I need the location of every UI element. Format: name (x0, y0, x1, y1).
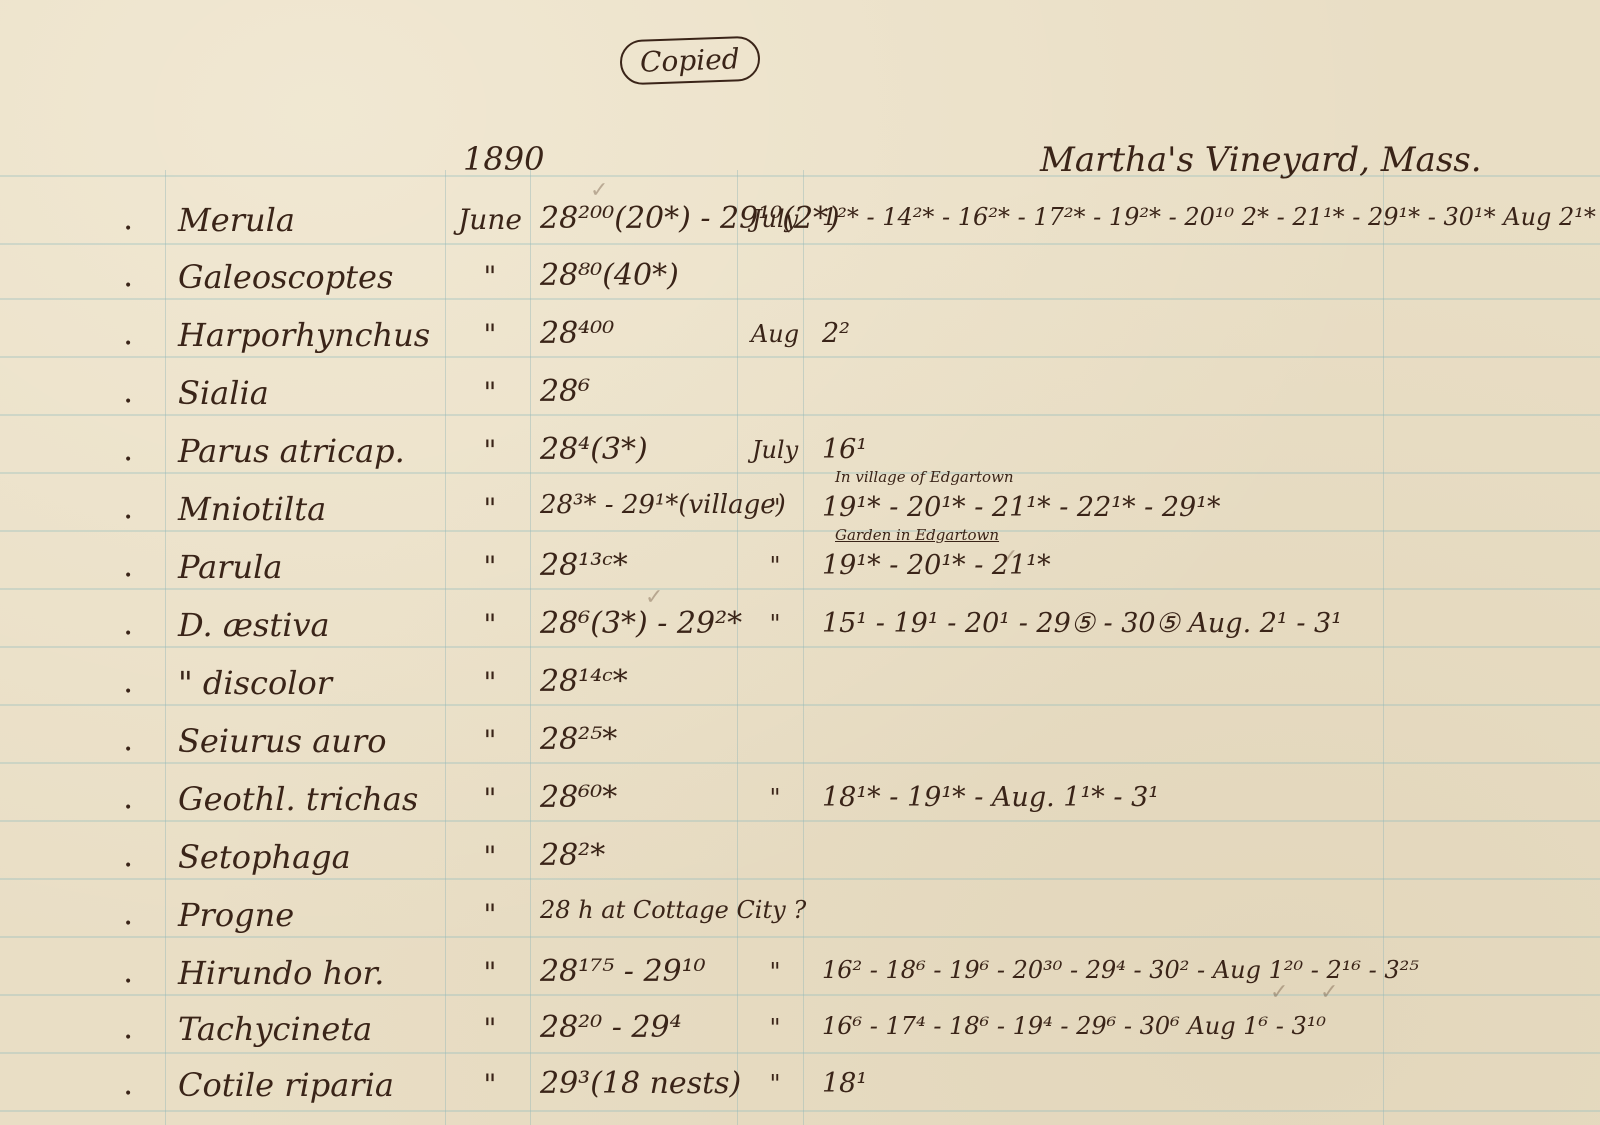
month-first: " (455, 318, 525, 351)
month-first: " (455, 724, 525, 757)
month-later: " (745, 610, 805, 638)
month-later: " (745, 784, 805, 812)
species-name: Hirundo hor. (178, 954, 384, 992)
ledger-row: • Sialia " 28⁶ (0, 368, 1600, 426)
bullet-dot: • (124, 221, 132, 237)
species-name: " discolor (178, 664, 332, 702)
bullet-dot: • (124, 278, 132, 294)
month-later: Aug (745, 320, 805, 348)
pencil-check-mark: ✓ (1320, 980, 1338, 1005)
observations-later: 16⁶ - 17⁴ - 18⁶ - 19⁴ - 29⁶ - 30⁶ Aug 1⁶… (822, 1012, 1326, 1040)
observations-first: 28¹⁷⁵ - 29¹⁰ (540, 954, 706, 989)
observations-first: 28⁸⁰(40*) (540, 258, 679, 293)
ledger-row: • Harporhynchus " 28⁴⁰⁰ Aug 2² (0, 310, 1600, 368)
ledger-row: • Mniotilta " 28³* - 29¹*(village) " In … (0, 484, 1600, 542)
bullet-dot: • (124, 684, 132, 700)
month-first: " (455, 434, 525, 467)
species-name: Cotile riparia (178, 1066, 394, 1104)
ledger-row: • Merula June 28²⁰⁰(20*) - 29¹⁰(2*) July… (0, 195, 1600, 253)
month-later: " (745, 958, 805, 986)
observations-later: 19¹* - 20¹* - 21¹* - 22¹* - 29¹* (822, 492, 1221, 523)
month-first: " (455, 840, 525, 873)
species-name: Harporhynchus (178, 316, 430, 354)
species-name: Setophaga (178, 838, 351, 876)
bullet-dot: • (124, 800, 132, 816)
species-name: D. æstiva (178, 606, 330, 644)
margin-note: Garden in Edgartown (835, 526, 999, 544)
bullet-dot: • (124, 742, 132, 758)
ledger-row: • Cotile riparia " 29³(18 nests) " 18¹ (0, 1060, 1600, 1118)
ledger-row: • Parula " 28¹³ᶜ* " Garden in Edgartown … (0, 542, 1600, 600)
observations-first: 28⁴(3*) (540, 432, 648, 467)
bullet-dot: • (124, 916, 132, 932)
month-later: " (745, 1014, 805, 1042)
observations-later: 1²* - 14²* - 16²* - 17²* - 19²* - 20¹⁰ 2… (822, 203, 1600, 231)
month-first: " (455, 782, 525, 815)
bullet-dot: • (124, 626, 132, 642)
month-later: July (745, 205, 805, 233)
month-later: July (745, 436, 805, 464)
species-name: Progne (178, 896, 294, 934)
bullet-dot: • (124, 858, 132, 874)
month-later: " (745, 552, 805, 580)
month-first: " (455, 898, 525, 931)
year-heading: 1890 (463, 140, 544, 178)
ledger-row: • Seiurus auro " 28²⁵* (0, 716, 1600, 774)
species-name: Seiurus auro (178, 722, 386, 760)
bullet-dot: • (124, 452, 132, 468)
observations-first: 28⁶⁰* (540, 780, 617, 815)
observations-later: 15¹ - 19¹ - 20¹ - 29⑤ - 30⑤ Aug. 2¹ - 3¹ (822, 608, 1342, 639)
month-first: " (455, 1068, 525, 1101)
month-first: June (455, 203, 525, 236)
observations-first: 28²* (540, 838, 605, 873)
ledger-row: • Hirundo hor. " 28¹⁷⁵ - 29¹⁰ " 16² - 18… (0, 948, 1600, 1006)
observations-later: 18¹ (822, 1068, 867, 1099)
margin-note: In village of Edgartown (835, 468, 1014, 486)
species-name: Mniotilta (178, 490, 326, 528)
month-first: " (455, 1012, 525, 1045)
month-first: " (455, 608, 525, 641)
observations-first: 28⁶(3*) - 29²* (540, 606, 742, 641)
bullet-dot: • (124, 568, 132, 584)
pencil-check-mark: ✓ (590, 178, 608, 203)
month-first: " (455, 956, 525, 989)
month-first: " (455, 492, 525, 525)
pencil-check-mark: ✓ (1000, 545, 1018, 570)
bullet-dot: • (124, 1086, 132, 1102)
pencil-check-mark: ✓ (1270, 980, 1288, 1005)
month-first: " (455, 550, 525, 583)
copied-stamp: Copied (619, 36, 760, 86)
ledger-page: Copied 1890 Martha's Vineyard, Mass. • M… (0, 0, 1600, 1125)
bullet-dot: • (124, 394, 132, 410)
month-first: " (455, 376, 525, 409)
month-later: " (745, 1070, 805, 1098)
observations-later: 18¹* - 19¹* - Aug. 1¹* - 3¹ (822, 782, 1159, 813)
ledger-row: • D. æstiva " 28⁶(3*) - 29²* " 15¹ - 19¹… (0, 600, 1600, 658)
ledger-row: • Tachycineta " 28²⁰ - 29⁴ " 16⁶ - 17⁴ -… (0, 1004, 1600, 1062)
observations-first: 28¹³ᶜ* (540, 548, 628, 583)
observations-first: 29³(18 nests) (540, 1066, 741, 1101)
species-name: Galeoscoptes (178, 258, 393, 296)
ledger-row: • Galeoscoptes " 28⁸⁰(40*) (0, 252, 1600, 310)
ledger-row: • Geothl. trichas " 28⁶⁰* " 18¹* - 19¹* … (0, 774, 1600, 832)
species-name: Merula (178, 201, 295, 239)
ledger-row: • Setophaga " 28²* (0, 832, 1600, 890)
bullet-dot: • (124, 1030, 132, 1046)
observations-first: 28⁴⁰⁰ (540, 316, 614, 351)
species-name: Sialia (178, 374, 269, 412)
observations-first: 28²⁰ - 29⁴ (540, 1010, 682, 1045)
species-name: Tachycineta (178, 1010, 372, 1048)
month-first: " (455, 666, 525, 699)
location-heading: Martha's Vineyard, Mass. (1040, 140, 1482, 180)
bullet-dot: • (124, 336, 132, 352)
species-name: Parula (178, 548, 282, 586)
bullet-dot: • (124, 510, 132, 526)
observations-later: 16¹ (822, 434, 867, 465)
month-later: " (745, 494, 805, 522)
species-name: Geothl. trichas (178, 780, 418, 818)
observations-first: 28¹⁴ᶜ* (540, 664, 628, 699)
observations-first: 28⁶ (540, 374, 590, 409)
bullet-dot: • (124, 974, 132, 990)
ledger-row: • " discolor " 28¹⁴ᶜ* (0, 658, 1600, 716)
ledger-row: • Progne " 28 h at Cottage City ? (0, 890, 1600, 948)
ledger-row: • Parus atricap. " 28⁴(3*) July 16¹ (0, 426, 1600, 484)
observations-later: 2² (822, 318, 850, 349)
observations-first: 28²⁵* (540, 722, 617, 757)
pencil-check-mark: ✓ (645, 585, 663, 610)
species-name: Parus atricap. (178, 432, 405, 470)
month-first: " (455, 260, 525, 293)
observations-first: 28 h at Cottage City ? (540, 896, 806, 924)
